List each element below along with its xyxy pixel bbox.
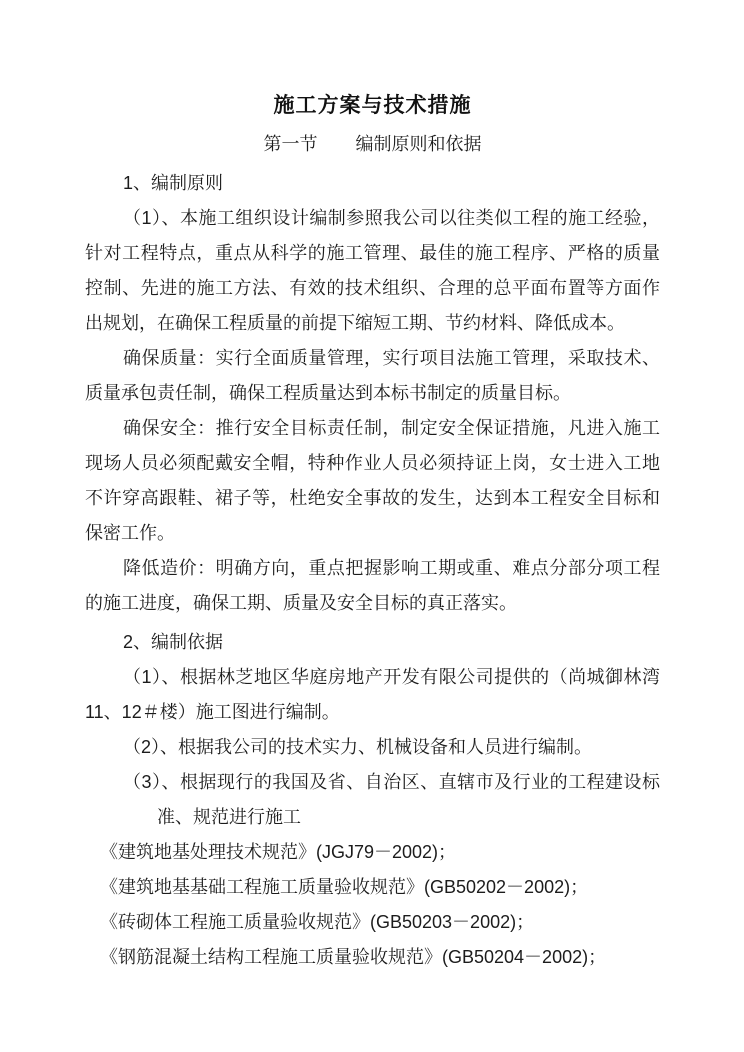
standard-item: 《砖砌体工程施工质量验收规范》(GB50203－2002)；: [85, 905, 660, 940]
document-page: 施工方案与技术措施 第一节编制原则和依据 1、编制原则 （1）、本施工组织设计编…: [0, 0, 744, 1052]
paragraph-basis-2: （2）、根据我公司的技术实力、机械设备和人员进行编制。: [85, 730, 660, 765]
section-heading: 第一节编制原则和依据: [85, 127, 660, 162]
paragraph-quality: 确保质量：实行全面质量管理，实行项目法施工管理，采取技术、质量承包责任制，确保工…: [85, 341, 660, 411]
paragraph-cost: 降低造价：明确方向，重点把握影响工期或重、难点分部分项工程的施工进度，确保工期、…: [85, 551, 660, 621]
document-title: 施工方案与技术措施: [85, 88, 660, 123]
standard-item: 《建筑地基基础工程施工质量验收规范》(GB50202－2002)；: [85, 870, 660, 905]
paragraph-principle-1: （1）、本施工组织设计编制参照我公司以往类似工程的施工经验，针对工程特点，重点从…: [85, 201, 660, 341]
paragraph-safety: 确保安全：推行安全目标责任制，制定安全保证措施，凡进入施工现场人员必须配戴安全帽…: [85, 411, 660, 551]
standard-item: 《建筑地基处理技术规范》(JGJ79－2002)；: [85, 835, 660, 870]
standard-item: 《钢筋混凝土结构工程施工质量验收规范》(GB50204－2002)；: [85, 940, 660, 975]
paragraph-basis-3: （3）、根据现行的我国及省、自治区、直辖市及行业的工程建设标准、规范进行施工: [85, 765, 660, 835]
paragraph-basis-1: （1）、根据林芝地区华庭房地产开发有限公司提供的（尚城御林湾11、12＃楼）施工…: [85, 660, 660, 730]
subsection-heading-1: 1、编制原则: [85, 166, 660, 201]
section-name: 编制原则和依据: [356, 134, 482, 154]
subsection-heading-2: 2、编制依据: [85, 625, 660, 660]
section-label: 第一节: [264, 134, 318, 154]
